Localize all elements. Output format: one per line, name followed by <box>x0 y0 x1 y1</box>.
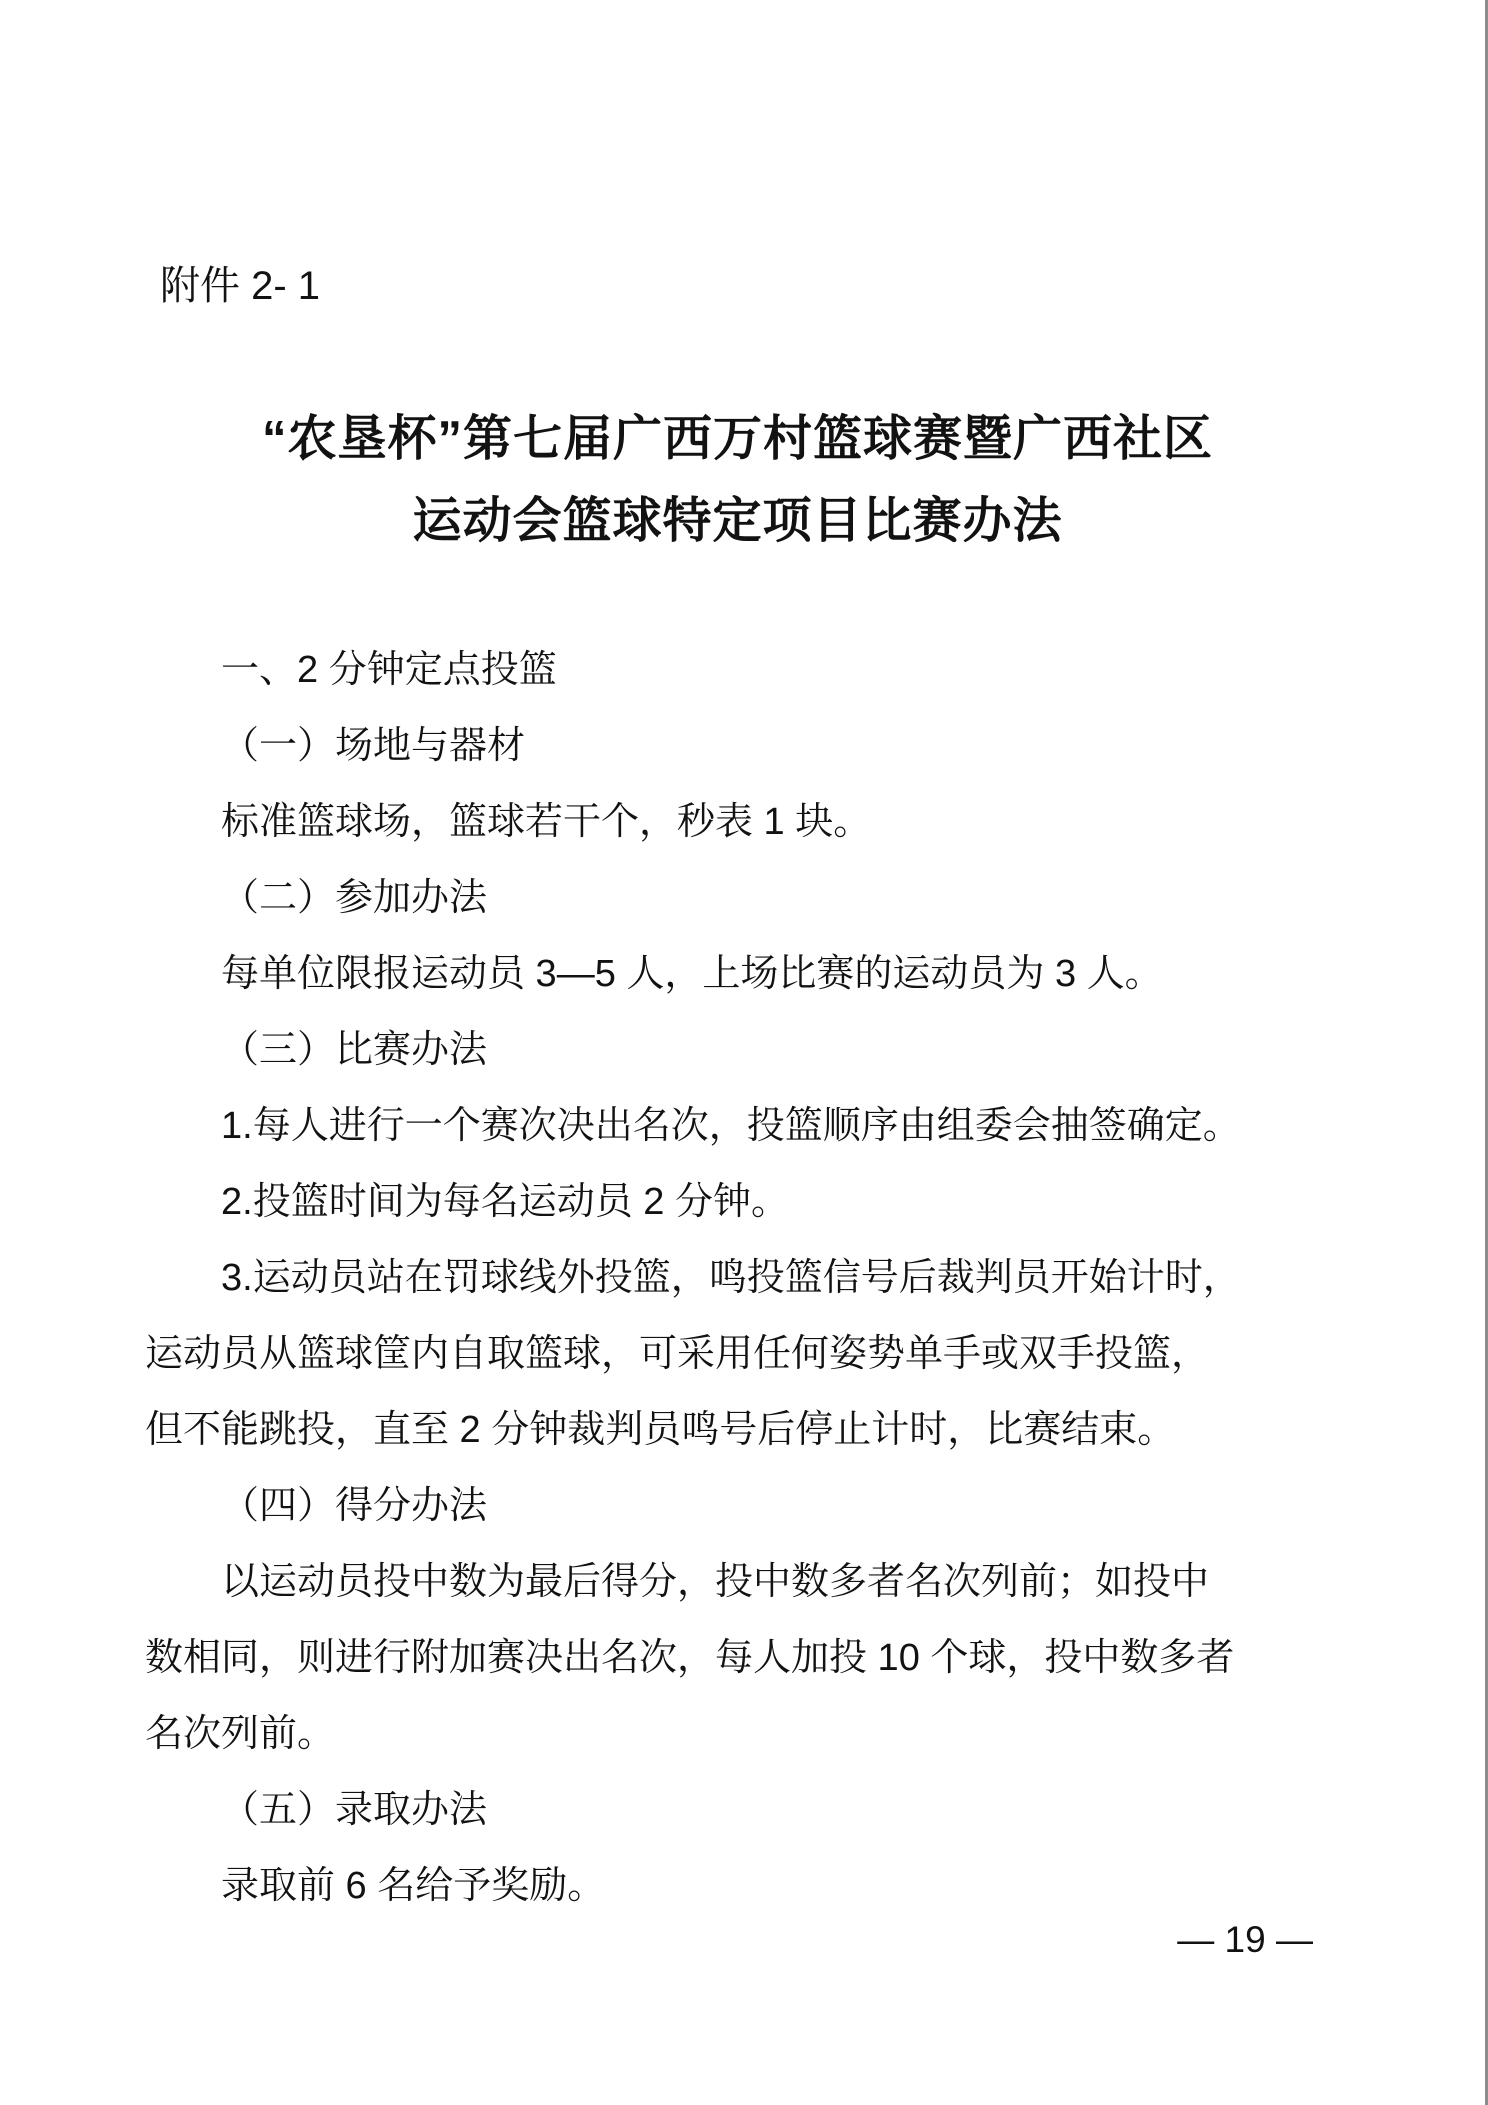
scanned-document-page: 附件 2- 1 “农垦杯”第七届广西万村篮球赛暨广西社区 运动会篮球特定项目比赛… <box>0 0 1488 2105</box>
para-awards: 录取前 6 名给予奖励。 <box>145 1848 1415 1924</box>
para-rule-3-line-2: 运动员从篮球筐内自取篮球，可采用任何姿势单手或双手投篮， <box>145 1316 1415 1392</box>
para-rule-3-line-3: 但不能跳投，直至 2 分钟裁判员鸣号后停止计时，比赛结束。 <box>145 1392 1415 1468</box>
para-participation: 每单位限报运动员 3—5 人，上场比赛的运动员为 3 人。 <box>145 936 1415 1012</box>
heading-section-1: 一、2 分钟定点投篮 <box>145 632 1415 708</box>
subheading-awards: （五）录取办法 <box>145 1772 1415 1848</box>
document-title-line-2: 运动会篮球特定项目比赛办法 <box>0 480 1475 562</box>
subheading-venue: （一）场地与器材 <box>145 708 1415 784</box>
subheading-rules: （三）比赛办法 <box>145 1012 1415 1088</box>
para-rule-2: 2.投篮时间为每名运动员 2 分钟。 <box>145 1164 1415 1240</box>
para-rule-1: 1.每人进行一个赛次决出名次，投篮顺序由组委会抽签确定。 <box>145 1088 1415 1164</box>
subheading-scoring: （四）得分办法 <box>145 1468 1415 1544</box>
subheading-participation: （二）参加办法 <box>145 860 1415 936</box>
document-title-line-1: “农垦杯”第七届广西万村篮球赛暨广西社区 <box>0 398 1475 480</box>
para-venue: 标准篮球场，篮球若干个，秒表 1 块。 <box>145 784 1415 860</box>
document-body: 一、2 分钟定点投篮 （一）场地与器材 标准篮球场，篮球若干个，秒表 1 块。 … <box>145 632 1415 1924</box>
para-scoring-line-1: 以运动员投中数为最后得分，投中数多者名次列前；如投中 <box>145 1544 1415 1620</box>
page-number: — 19 — <box>1177 1918 1313 1962</box>
para-scoring-line-3: 名次列前。 <box>145 1696 1415 1772</box>
para-scoring-line-2: 数相同，则进行附加赛决出名次，每人加投 10 个球，投中数多者 <box>145 1620 1415 1696</box>
para-rule-3-line-1: 3.运动员站在罚球线外投篮，鸣投篮信号后裁判员开始计时， <box>145 1240 1415 1316</box>
document-title: “农垦杯”第七届广西万村篮球赛暨广西社区 运动会篮球特定项目比赛办法 <box>0 398 1475 562</box>
attachment-label: 附件 2- 1 <box>160 262 320 310</box>
